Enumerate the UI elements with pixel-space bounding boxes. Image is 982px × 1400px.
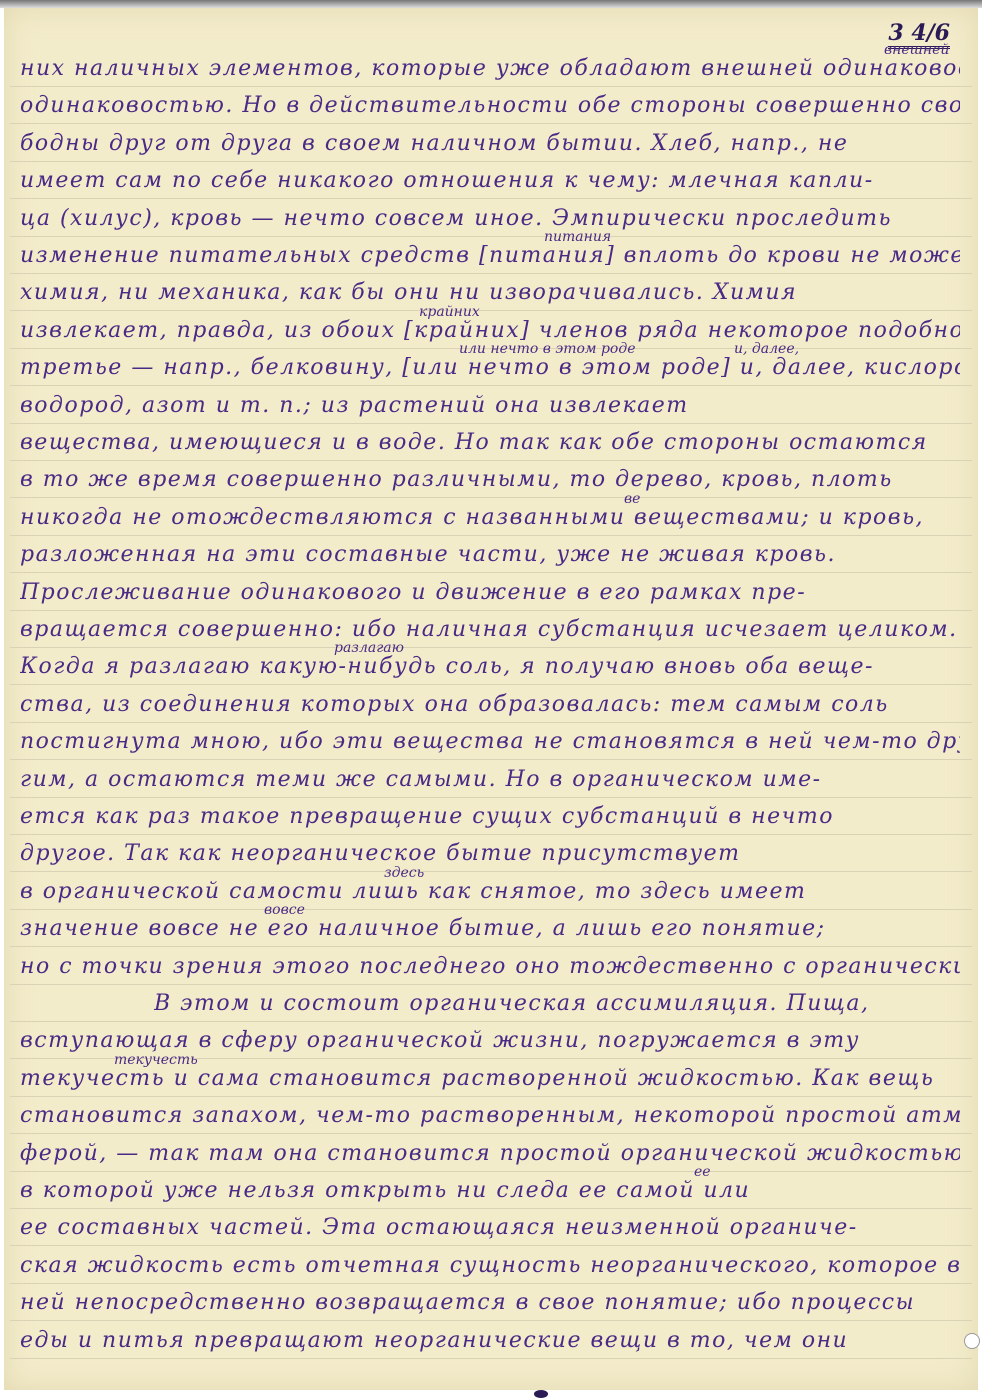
ruled-line	[10, 1358, 972, 1359]
ruled-line	[10, 1171, 972, 1172]
interlinear-insertion: разлагаю	[334, 640, 404, 656]
ruled-line	[10, 423, 972, 424]
ruled-line	[10, 797, 972, 798]
manuscript-line: в органической самости лишь как снятое, …	[20, 879, 960, 904]
manuscript-line: разложенная на эти составные части, уже …	[20, 542, 960, 567]
manuscript-line: водород, азот и т. п.; из растений она и…	[20, 393, 960, 418]
manuscript-line: еды и питья превращают неорганические ве…	[20, 1328, 960, 1353]
interlinear-insertion: или нечто в этом роде	[459, 341, 636, 357]
ruled-line	[10, 460, 972, 461]
ruled-line	[10, 497, 972, 498]
manuscript-line: вещества, имеющиеся и в воде. Но так как…	[20, 430, 960, 455]
ruled-line	[10, 984, 972, 985]
ink-blot	[534, 1390, 548, 1398]
manuscript-line: ферой, — так там она становится простой …	[20, 1141, 960, 1166]
interlinear-insertion: ве	[624, 491, 640, 507]
manuscript-line: изменение питательных средств [питания] …	[20, 243, 960, 268]
ruled-line	[10, 198, 972, 199]
ruled-line	[10, 946, 972, 947]
ruled-line	[10, 385, 972, 386]
ruled-line	[10, 834, 972, 835]
ruled-line	[10, 1096, 972, 1097]
interlinear-insertion: здесь	[384, 865, 424, 881]
manuscript-line: Когда я разлагаю какую-нибудь соль, я по…	[20, 654, 960, 679]
ruled-line	[10, 1133, 972, 1134]
punch-hole	[964, 1333, 980, 1349]
manuscript-line: в которой уже нельзя открыть ни следа ее…	[20, 1178, 960, 1203]
manuscript-line: бодны друг от друга в своем наличном быт…	[20, 131, 960, 156]
ruled-line	[10, 273, 972, 274]
ruled-line	[10, 871, 972, 872]
interlinear-insertion: ее	[694, 1164, 711, 1180]
manuscript-line: ней непосредственно возвращается в свое …	[20, 1290, 960, 1315]
manuscript-line: в то же время совершенно различными, то …	[20, 467, 960, 492]
ruled-line	[10, 572, 972, 573]
manuscript-line: Прослеживание одинакового и движение в е…	[20, 580, 960, 605]
ruled-line	[10, 1320, 972, 1321]
manuscript-line: гим, а остаются теми же самыми. Но в орг…	[20, 767, 960, 792]
interlinear-insertion: и, далее,	[734, 341, 799, 357]
interlinear-insertion: внешней	[884, 42, 949, 58]
manuscript-line: третье — напр., белковину, [или нечто в …	[20, 355, 960, 380]
manuscript-line: вступающая в сферу органической жизни, п…	[20, 1028, 960, 1053]
manuscript-line: имеет сам по себе никакого отношения к ч…	[20, 168, 960, 193]
manuscript-line: постигнута мною, ибо эти вещества не ста…	[20, 729, 960, 754]
ruled-line	[10, 161, 972, 162]
ruled-line	[10, 722, 972, 723]
ruled-line	[10, 610, 972, 611]
manuscript-line: ца (хилус), кровь — нечто совсем иное. Э…	[20, 206, 960, 231]
manuscript-line: ется как раз такое превращение сущих суб…	[20, 804, 960, 829]
manuscript-line: одинаковостью. Но в действительности обе…	[20, 93, 960, 118]
interlinear-insertion: питания	[544, 229, 611, 245]
manuscript-line: ее составных частей. Эта остающаяся неиз…	[20, 1215, 960, 1240]
ruled-line	[10, 759, 972, 760]
ruled-line	[10, 236, 972, 237]
interlinear-insertion: текучесть	[114, 1052, 198, 1068]
manuscript-line: В этом и состоит органическая ассимиляци…	[154, 991, 960, 1016]
manuscript-line: ства, из соединения которых она образова…	[20, 692, 960, 717]
scan-edge	[0, 0, 982, 8]
manuscript-line: другое. Так как неорганическое бытие при…	[20, 841, 960, 866]
manuscript-page: 3 4/6 них наличных элементов, которые уж…	[4, 8, 978, 1390]
manuscript-line: становится запахом, чем-то растворенным,…	[20, 1103, 960, 1128]
ruled-line	[10, 1208, 972, 1209]
interlinear-insertion: вовсе	[264, 902, 305, 918]
ruled-line	[10, 123, 972, 124]
ruled-line	[10, 1021, 972, 1022]
manuscript-line: извлекает, правда, из обоих [крайних] чл…	[20, 318, 960, 343]
manuscript-line: никогда не отождествляются с названными …	[20, 505, 960, 530]
ruled-line	[10, 1245, 972, 1246]
ruled-line	[10, 1283, 972, 1284]
manuscript-line: вращается совершенно: ибо наличная субст…	[20, 617, 960, 642]
ruled-line	[10, 684, 972, 685]
ruled-line	[10, 535, 972, 536]
manuscript-line: значение вовсе не его наличное бытие, а …	[20, 916, 960, 941]
ruled-line	[10, 86, 972, 87]
manuscript-line: них наличных элементов, которые уже обла…	[20, 56, 960, 81]
ruled-line	[10, 310, 972, 311]
interlinear-insertion: крайних	[419, 304, 480, 320]
ruled-line	[10, 909, 972, 910]
manuscript-line: химия, ни механика, как бы они ни извора…	[20, 280, 960, 305]
manuscript-line: ская жидкость есть отчетная сущность нео…	[20, 1253, 960, 1278]
manuscript-line: текучесть и сама становится растворенной…	[20, 1066, 960, 1091]
ruled-line	[10, 647, 972, 648]
manuscript-line: но с точки зрения этого последнего оно т…	[20, 954, 960, 979]
